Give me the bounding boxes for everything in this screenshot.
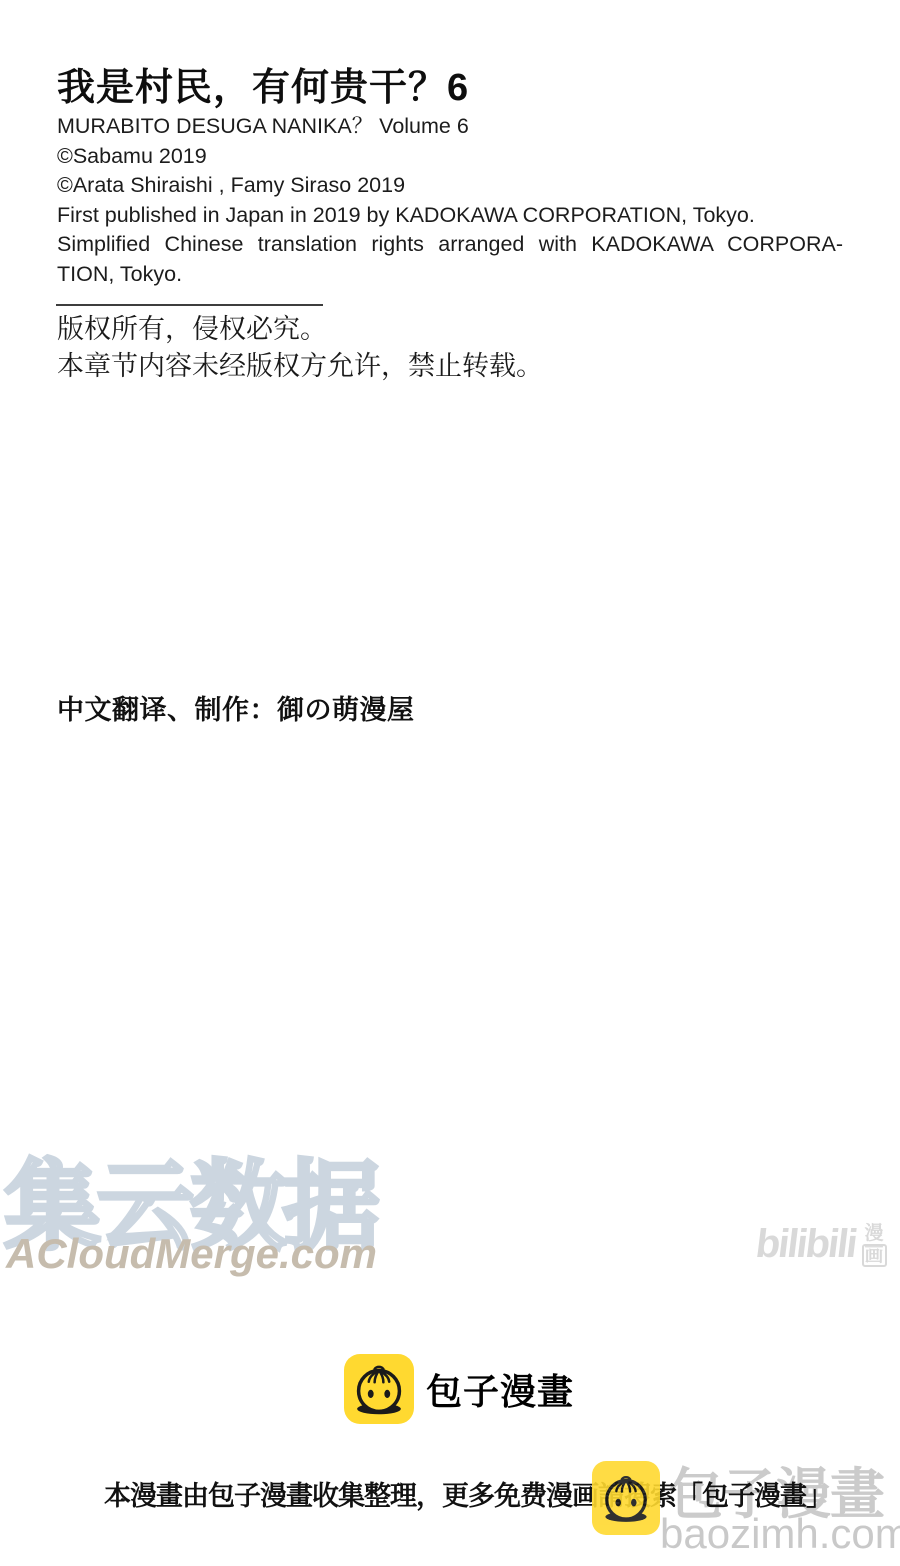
copyright-block: MURABITO DESUGA NANIKA？ Volume 6 ©Sabamu…	[57, 112, 843, 290]
copyright-line: ©Sabamu 2019	[57, 142, 843, 172]
manga-copyright-page: 我是村民，有何贵干？6 MURABITO DESUGA NANIKA？ Volu…	[0, 0, 900, 1566]
bilibili-manga-label: 漫 画	[862, 1223, 887, 1267]
baozi-bun-face-icon	[592, 1461, 660, 1535]
divider-line	[56, 304, 323, 306]
copyright-line: MURABITO DESUGA NANIKA？ Volume 6	[57, 112, 843, 142]
copyright-line: First published in Japan in 2019 by KADO…	[57, 201, 843, 231]
baozi-bun-face-icon	[344, 1354, 414, 1424]
acloudmerge-watermark-domain: ACloudMerge.com	[6, 1230, 377, 1278]
bilibili-manga-label-bottom: 画	[862, 1244, 887, 1267]
bilibili-manga-label-top: 漫	[865, 1223, 884, 1244]
copyright-line-justified: Simplified Chinese translation rights ar…	[57, 230, 843, 260]
baozimh-watermark-domain: baozimh.com	[660, 1510, 900, 1558]
book-title: 我是村民，有何贵干？6	[57, 56, 469, 111]
footer-notice: 本漫畫由包子漫畫收集整理，更多免费漫画請搜索「包子漫畫」	[104, 1474, 832, 1513]
baozi-bun-face-icon-svg	[344, 1354, 414, 1424]
rights-notice-line: 本章节内容未经版权方允许，禁止转载。	[57, 348, 543, 385]
copyright-line: ©Arata Shiraishi , Famy Siraso 2019	[57, 171, 843, 201]
baozi-manhua-logo: 包子漫畫	[344, 1354, 574, 1424]
baozi-manhua-logo-label: 包子漫畫	[426, 1364, 574, 1415]
baozi-bun-face-icon-svg	[593, 1463, 659, 1533]
bilibili-manga-watermark: bilibili 漫 画	[756, 1222, 887, 1267]
translation-credit: 中文翻译、制作：御の萌漫屋	[57, 688, 415, 727]
copyright-line: TION, Tokyo.	[57, 260, 843, 290]
rights-notice: 版权所有，侵权必究。 本章节内容未经版权方允许，禁止转载。	[57, 311, 543, 384]
bilibili-logo: bilibili	[753, 1222, 858, 1267]
rights-notice-line: 版权所有，侵权必究。	[57, 311, 543, 348]
